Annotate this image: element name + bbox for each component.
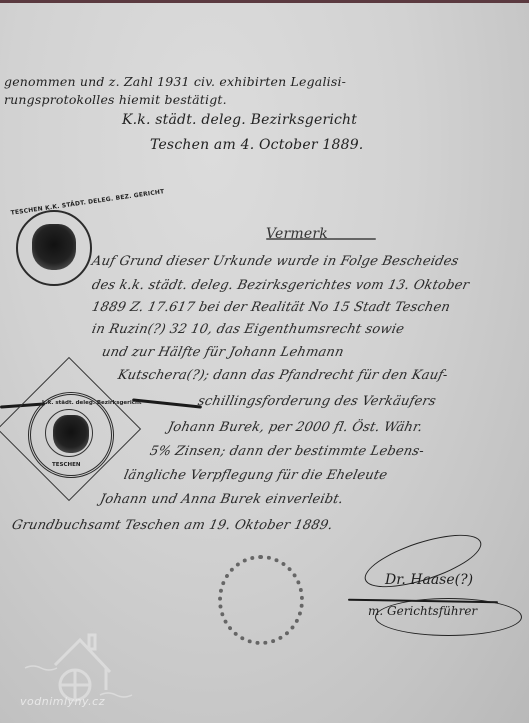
top-border: [0, 0, 529, 3]
diamond-stamp-bottom: TESCHEN: [52, 462, 80, 468]
top-line-2: rungsprotokolles hiemit bestätigt.: [4, 92, 227, 107]
body-line-2: des k.k. städt. deleg. Bezirksgerichtes …: [90, 278, 470, 293]
diamond-stamp-text: k.k. städt. deleg. Bezirksgericht: [42, 400, 142, 406]
body-line-11: Johann und Anna Burek einverleibt.: [98, 492, 344, 507]
signature-name: Dr. Haase(?): [385, 572, 473, 588]
court-name: K.k. städt. deleg. Bezirksgericht: [122, 112, 357, 128]
body-line-10: längliche Verpflegung für die Eheleute: [122, 468, 388, 483]
top-line-1: genommen und z. Zahl 1931 civ. exhibirte…: [4, 74, 346, 89]
body-line-3: 1889 Z. 17.617 bei der Realität No 15 St…: [90, 300, 451, 315]
body-line-1: Auf Grund dieser Urkunde wurde in Folge …: [90, 254, 460, 269]
body-line-7: schillingsforderung des Verkäufers: [196, 394, 437, 409]
place-date: Teschen am 4. October 1889.: [150, 137, 363, 153]
heading-underline: [266, 238, 376, 240]
faded-stamp: [218, 555, 304, 645]
signature-underloop: [375, 598, 522, 636]
body-line-8: Johann Burek, per 2000 fl. Öst. Währ.: [166, 420, 424, 435]
double-eagle-icon: [53, 415, 89, 453]
ink-strike-mark: [132, 398, 202, 408]
body-line-5: und zur Hälfte für Johann Lehmann: [100, 345, 345, 360]
round-court-stamp: [16, 210, 92, 286]
closing-line: Grundbuchsamt Teschen am 19. Oktober 188…: [10, 518, 334, 533]
body-line-9: 5% Zinsen; dann der bestimmte Lebens-: [148, 444, 425, 459]
body-line-4: in Ruzin(?) 32 10, das Eigenthumsrecht s…: [90, 322, 405, 337]
watermark-text: vodnimlyny.cz: [20, 695, 105, 708]
document-page: genommen und z. Zahl 1931 civ. exhibirte…: [0, 0, 529, 723]
body-line-6: Kutschera(?); dann das Pfandrecht für de…: [116, 368, 449, 383]
